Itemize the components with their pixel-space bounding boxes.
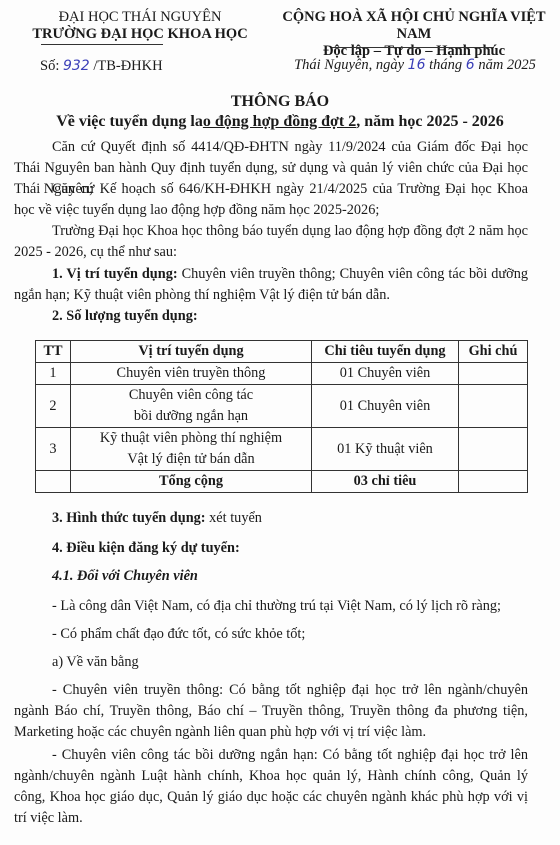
table-row: 2 Chuyên viên công tácbồi dưỡng ngắn hạn… bbox=[36, 385, 528, 428]
divider bbox=[332, 47, 494, 48]
table-row: 1 Chuyên viên truyền thông 01 Chuyên viê… bbox=[36, 363, 528, 385]
condition-citizenship: - Là công dân Việt Nam, có địa chỉ thườn… bbox=[14, 596, 528, 617]
section-1-heading: 1. Vị trí tuyển dụng: bbox=[52, 266, 178, 282]
degree-communications: - Chuyên viên truyền thông: Có bằng tốt … bbox=[14, 680, 528, 743]
national-header: CỘNG HOÀ XÃ HỘI CHỦ NGHĨA VIỆT NAM Độc l… bbox=[268, 9, 560, 60]
divider bbox=[41, 44, 163, 45]
table-total-row: Tổng cộng 03 chỉ tiêu bbox=[36, 471, 528, 493]
handwritten-number: 932 bbox=[63, 58, 90, 74]
degree-heading: a) Về văn bằng bbox=[14, 652, 528, 673]
document-number: Số: 932 /TB-ĐHKH bbox=[40, 58, 163, 75]
document-title: THÔNG BÁO bbox=[0, 93, 560, 111]
issuer-block: ĐẠI HỌC THÁI NGUYÊN TRƯỜNG ĐẠI HỌC KHOA … bbox=[0, 9, 280, 43]
issuing-org: TRƯỜNG ĐẠI HỌC KHOA HỌC bbox=[0, 26, 280, 43]
section-2-heading: 2. Số lượng tuyển dụng: bbox=[14, 306, 528, 327]
document-date: Thái Nguyên, ngày 16 tháng 6 năm 2025 bbox=[270, 57, 560, 74]
intro-paragraph: Trường Đại học Khoa học thông báo tuyển … bbox=[14, 221, 528, 263]
recruitment-table: TT Vị trí tuyển dụng Chỉ tiêu tuyển dụng… bbox=[35, 340, 528, 493]
parent-org: ĐẠI HỌC THÁI NGUYÊN bbox=[0, 9, 280, 26]
document-subtitle: Về việc tuyển dụng lao động hợp đồng đợt… bbox=[0, 113, 560, 131]
degree-training: - Chuyên viên công tác bồi dưỡng ngắn hạ… bbox=[14, 745, 528, 829]
handwritten-day: 16 bbox=[408, 57, 426, 73]
condition-health: - Có phẩm chất đạo đức tốt, có sức khỏe … bbox=[14, 624, 528, 645]
section-3: 3. Hình thức tuyển dụng: xét tuyển bbox=[14, 508, 528, 529]
country-name: CỘNG HOÀ XÃ HỘI CHỦ NGHĨA VIỆT NAM bbox=[268, 9, 560, 43]
table-header: TT Vị trí tuyển dụng Chỉ tiêu tuyển dụng… bbox=[36, 341, 528, 363]
section-1: 1. Vị trí tuyển dụng: Chuyên viên truyền… bbox=[14, 264, 528, 306]
legal-basis-2: Căn cứ Kế hoạch số 646/KH-ĐHKH ngày 21/4… bbox=[14, 179, 528, 221]
subsection-4-1: 4.1. Đối với Chuyên viên bbox=[14, 566, 528, 587]
section-3-heading: 3. Hình thức tuyển dụng: bbox=[52, 510, 206, 526]
section-4-heading: 4. Điều kiện đăng ký dự tuyển: bbox=[14, 538, 528, 559]
table-row: 3 Kỹ thuật viên phòng thí nghiệmVật lý đ… bbox=[36, 428, 528, 471]
handwritten-month: 6 bbox=[466, 57, 475, 73]
